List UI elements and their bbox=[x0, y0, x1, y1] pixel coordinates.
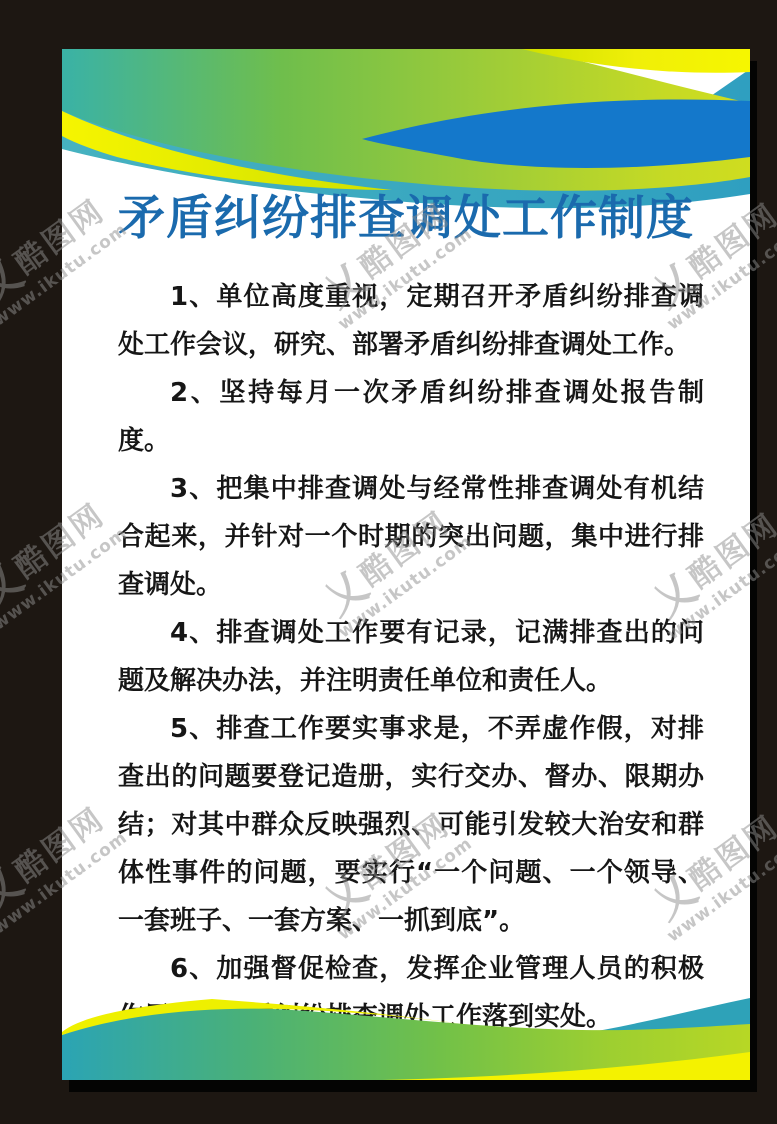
page-title: 矛盾纠纷排查调处工作制度 bbox=[62, 181, 750, 248]
watermark-logo-icon: 乂 bbox=[0, 857, 32, 921]
rule-paragraph-1: 1、单位高度重视，定期召开矛盾纠纷排查调处工作会议，研究、部署矛盾纠纷排查调处工… bbox=[118, 273, 704, 369]
watermark-logo-icon: 乂 bbox=[0, 249, 32, 313]
footer-wave-decoration bbox=[62, 980, 750, 1080]
rule-paragraph-3: 3、把集中排查调处与经常性排查调处有机结合起来，并针对一个时期的突出问题，集中进… bbox=[118, 465, 704, 609]
poster: 矛盾纠纷排查调处工作制度 1、单位高度重视，定期召开矛盾纠纷排查调处工作会议，研… bbox=[62, 49, 750, 1080]
watermark-logo-icon: 乂 bbox=[0, 553, 32, 617]
rule-paragraph-5: 5、排查工作要实事求是，不弄虚作假，对排查出的问题要登记造册，实行交办、督办、限… bbox=[118, 705, 704, 945]
rules-text-block: 1、单位高度重视，定期召开矛盾纠纷排查调处工作会议，研究、部署矛盾纠纷排查调处工… bbox=[118, 273, 704, 1041]
rule-paragraph-2: 2、坚持每月一次矛盾纠纷排查调处报告制度。 bbox=[118, 369, 704, 465]
rule-paragraph-4: 4、排查调处工作要有记录，记满排查出的问题及解决办法，并注明责任单位和责任人。 bbox=[118, 609, 704, 705]
photo-background: 矛盾纠纷排查调处工作制度 1、单位高度重视，定期召开矛盾纠纷排查调处工作会议，研… bbox=[0, 0, 777, 1124]
